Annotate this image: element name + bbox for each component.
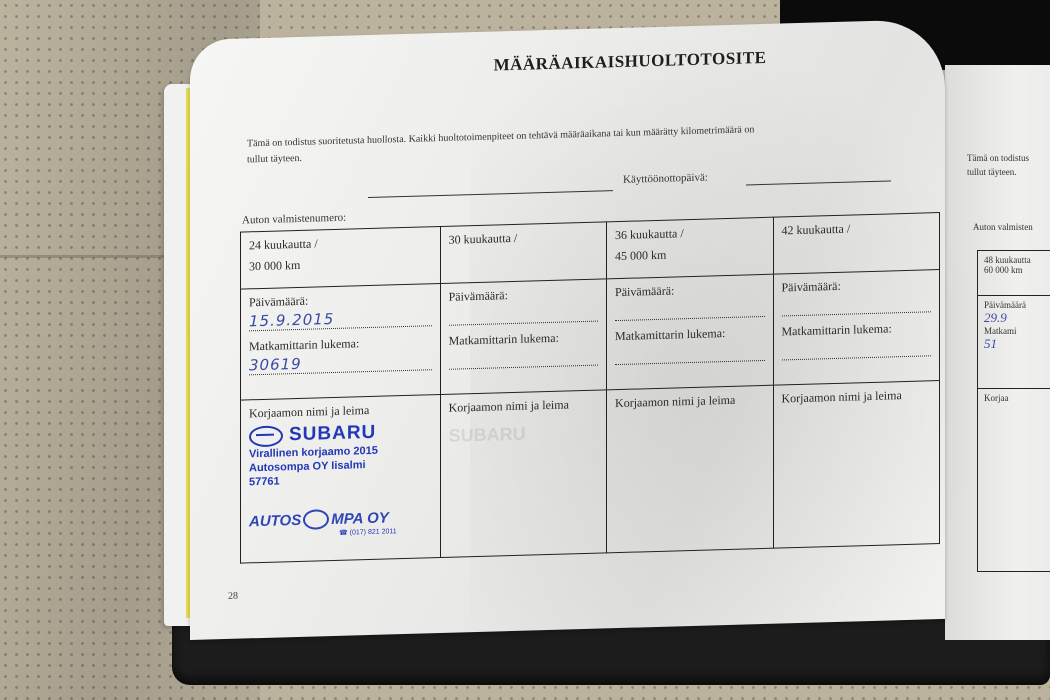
- next-interval: 48 kuukautta 60 000 km: [978, 251, 1050, 296]
- readings-row: Päivämäärä: 15.9.2015 Matkamittarin luke…: [241, 270, 940, 401]
- workshop-cell-42: Korjaamon nimi ja leima: [773, 381, 940, 549]
- date-field[interactable]: 15.9.2015: [249, 307, 432, 331]
- ghost-stamp-imprint: SUBARU: [449, 422, 598, 447]
- workshop-cell-30: Korjaamon nimi ja leima SUBARU: [440, 390, 606, 558]
- vin-field[interactable]: [368, 190, 613, 198]
- next-readings: Päivämäärä 29.9 Matkami 51: [978, 296, 1050, 389]
- intro-text: Tämä on todistus suoritetusta huollosta.…: [247, 117, 927, 168]
- next-intro: Tämä on todistus tullut täyteen.: [967, 151, 1029, 179]
- commissioning-date-field[interactable]: [746, 180, 891, 185]
- readings-cell-36: Päivämäärä: Matkamittarin lukema:: [607, 274, 773, 390]
- dealer-phone: ☎ (017) 821 2011: [339, 526, 432, 537]
- page-title: MÄÄRÄAIKAISHUOLTOTOSITE: [430, 46, 830, 77]
- workshop-cell-24: Korjaamon nimi ja leima SUBARU Viralline…: [241, 395, 441, 564]
- date-value: 15.9.2015: [249, 310, 334, 330]
- odometer-value: 30619: [249, 355, 302, 374]
- service-table: 24 kuukautta /30 000 km 30 kuukautta / 3…: [240, 212, 940, 564]
- interval-cell-30: 30 kuukautta /: [440, 222, 606, 284]
- odometer-field[interactable]: 30619: [249, 351, 432, 375]
- date-field[interactable]: [449, 303, 598, 326]
- subaru-logo-icon: [249, 425, 283, 447]
- commissioning-date-label: Käyttöönottopäivä:: [623, 172, 708, 186]
- readings-cell-42: Päivämäärä: Matkamittarin lukema:: [773, 270, 940, 386]
- next-service-table: 48 kuukautta 60 000 km Päivämäärä 29.9 M…: [977, 250, 1050, 572]
- service-record-page: MÄÄRÄAIKAISHUOLTOTOSITE Tämä on todistus…: [190, 19, 945, 640]
- next-page: Tämä on todistus tullut täyteen. Auton v…: [945, 65, 1050, 640]
- readings-cell-24: Päivämäärä: 15.9.2015 Matkamittarin luke…: [241, 284, 441, 401]
- dealer-logo-icon: [303, 509, 329, 530]
- odometer-field[interactable]: [782, 337, 932, 360]
- interval-cell-24: 24 kuukautta /30 000 km: [241, 227, 441, 290]
- odometer-field[interactable]: [615, 342, 764, 365]
- workshop-row: Korjaamon nimi ja leima SUBARU Viralline…: [241, 381, 940, 564]
- interval-cell-36: 36 kuukautta /45 000 km: [607, 217, 773, 279]
- vin-label: Auton valmistenumero:: [242, 212, 346, 227]
- readings-cell-30: Päivämäärä: Matkamittarin lukema:: [440, 279, 606, 395]
- date-field[interactable]: [615, 298, 764, 321]
- odometer-field[interactable]: [449, 347, 598, 370]
- page-number: 28: [228, 591, 238, 602]
- next-odometer-value: 51: [984, 336, 997, 351]
- next-date-value: 29.9: [984, 310, 1007, 325]
- workshop-cell-36: Korjaamon nimi ja leima: [607, 385, 773, 553]
- next-workshop: Korjaa: [978, 389, 1050, 407]
- interval-cell-42: 42 kuukautta /: [773, 213, 940, 275]
- workshop-stamp: SUBARU Virallinen korjaamo 2015 Autosomp…: [249, 420, 432, 539]
- date-field[interactable]: [782, 293, 932, 316]
- next-vin-label: Auton valmisten: [973, 220, 1033, 234]
